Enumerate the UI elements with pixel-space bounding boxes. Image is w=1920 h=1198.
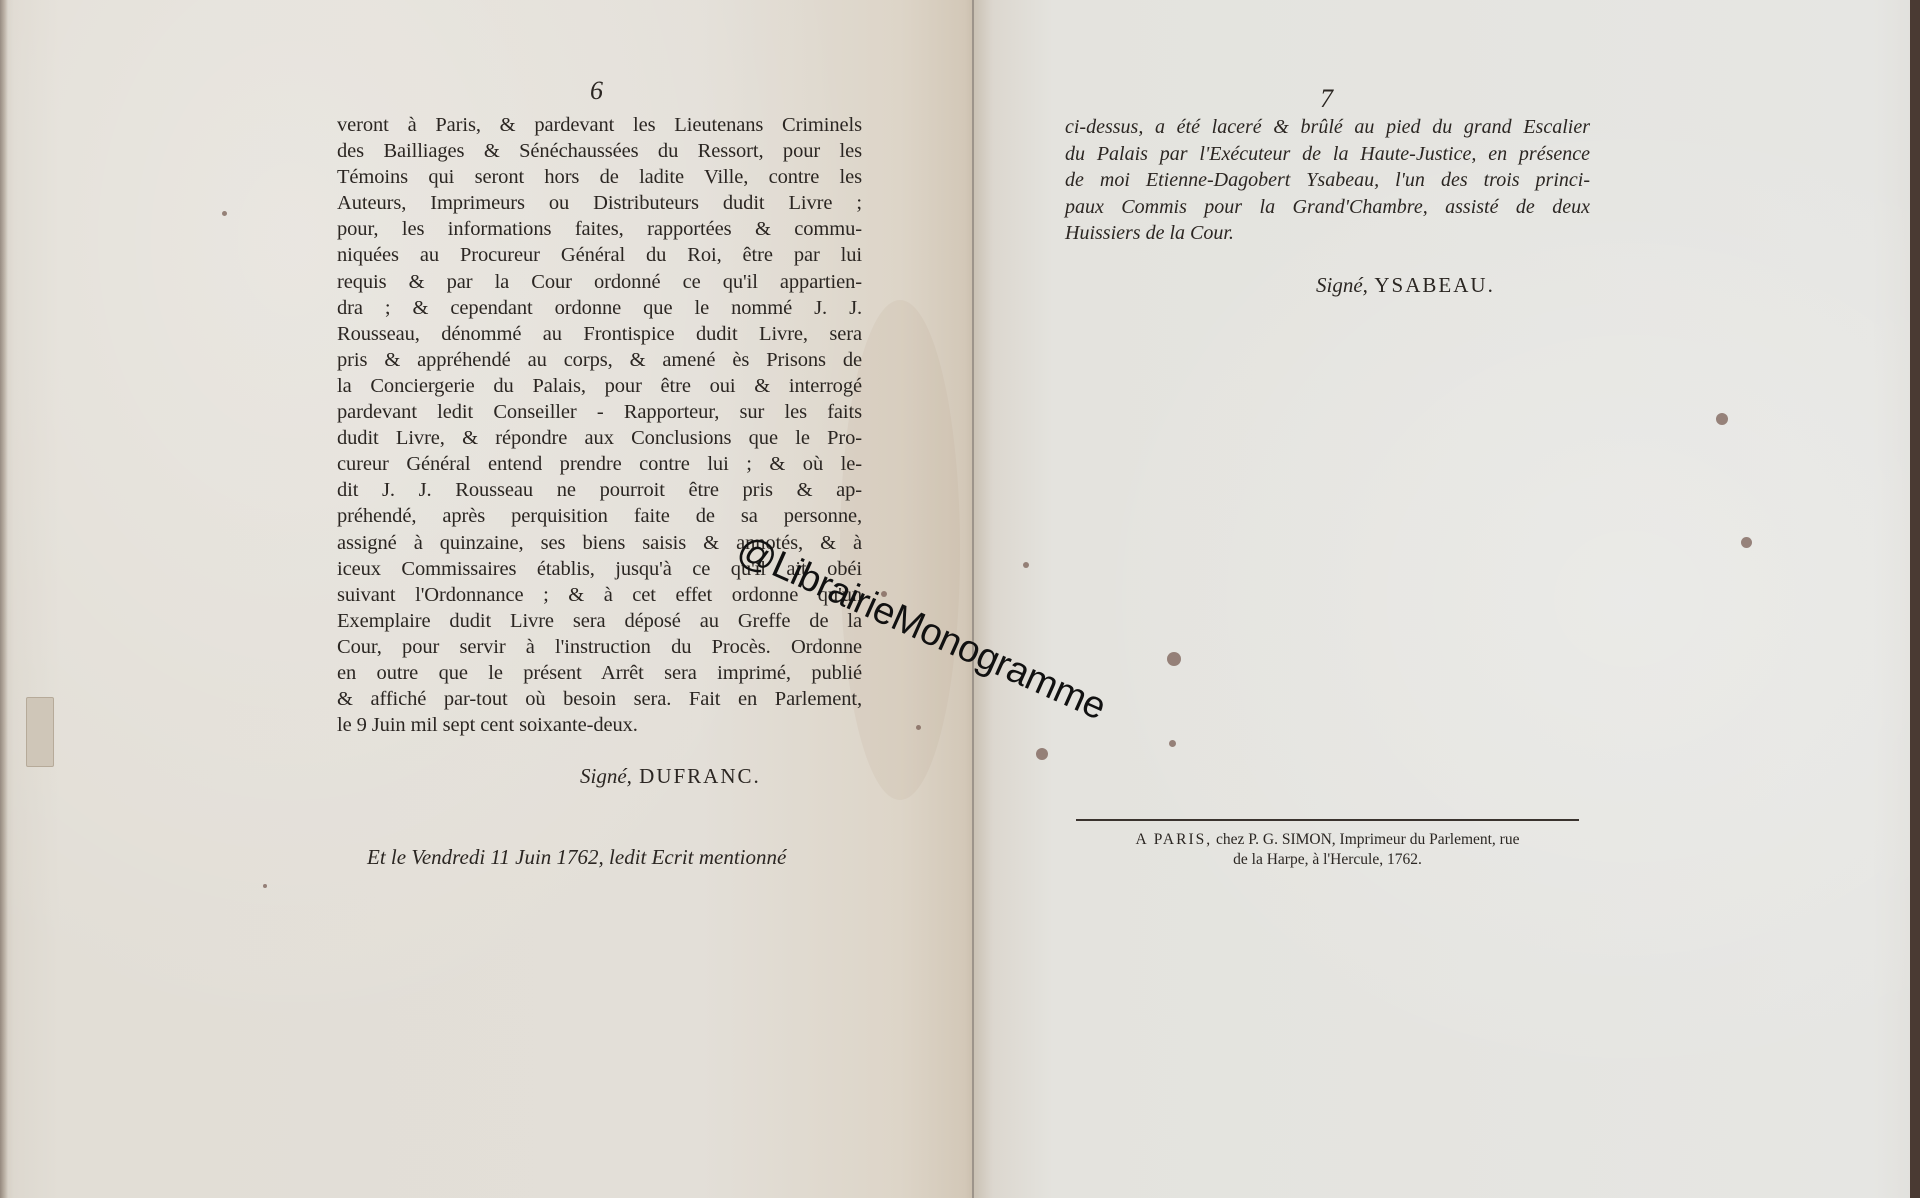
text-line: le 9 Juin mil sept cent soixante-deux. bbox=[337, 712, 862, 738]
text-line: dudit Livre, & répondre aux Conclusions … bbox=[337, 425, 862, 451]
text-line: Rousseau, dénommé au Frontispice dudit L… bbox=[337, 321, 862, 347]
signature-dufranc: Signé, DUFRANC. bbox=[580, 764, 761, 789]
signature-name: DUFRANC. bbox=[639, 764, 761, 788]
table-background bbox=[1910, 900, 1920, 1198]
text-line: Exemplaire dudit Livre sera déposé au Gr… bbox=[337, 608, 862, 634]
ink-spot bbox=[263, 884, 267, 888]
left-page-body: veront à Paris, & pardevant les Lieutena… bbox=[337, 112, 862, 738]
text-line: des Bailliages & Sénéchaussées du Ressor… bbox=[337, 138, 862, 164]
page-number-right: 7 bbox=[1320, 84, 1333, 114]
paper-scrap-tab bbox=[26, 697, 54, 767]
foxing-spot bbox=[1167, 652, 1181, 666]
imprint-line-1: A PARIS, chez P. G. SIMON, Imprimeur du … bbox=[1076, 830, 1579, 850]
text-line: requis & par la Cour ordonné ce qu'il ap… bbox=[337, 269, 862, 295]
foxing-spot bbox=[1036, 748, 1048, 760]
text-line: & affiché par-tout où besoin sera. Fait … bbox=[337, 686, 862, 712]
ink-spot bbox=[916, 725, 921, 730]
text-line: Cour, pour servir à l'instruction du Pro… bbox=[337, 634, 862, 660]
text-line: ci-dessus, a été laceré & brûlé au pied … bbox=[1065, 114, 1590, 141]
text-line: pris & appréhendé au corps, & amené ès P… bbox=[337, 347, 862, 373]
book-spine-fold bbox=[972, 0, 974, 1198]
text-line: dra ; & cependant ordonne que le nommé J… bbox=[337, 295, 862, 321]
text-line: cureur Général entend prendre contre lui… bbox=[337, 451, 862, 477]
text-line: préhendé, après perquisition faite de sa… bbox=[337, 503, 862, 529]
text-line: en outre que le présent Arrêt sera impri… bbox=[337, 660, 862, 686]
foxing-spot bbox=[1741, 537, 1752, 548]
text-line: niquées au Procureur Général du Roi, êtr… bbox=[337, 242, 862, 268]
imprint-line-2: de la Harpe, à l'Hercule, 1762. bbox=[1076, 850, 1579, 870]
printer-imprint: A PARIS, chez P. G. SIMON, Imprimeur du … bbox=[1076, 830, 1579, 870]
foxing-spot bbox=[1716, 413, 1728, 425]
text-line: pardevant ledit Conseiller - Rapporteur,… bbox=[337, 399, 862, 425]
text-line: Huissiers de la Cour. bbox=[1065, 220, 1590, 247]
text-line: la Conciergerie du Palais, pour être oui… bbox=[337, 373, 862, 399]
page-number-left: 6 bbox=[590, 76, 603, 106]
foxing-spot bbox=[1169, 740, 1176, 747]
signature-ysabeau: Signé, YSABEAU. bbox=[1316, 273, 1495, 298]
imprint-place: A PARIS, bbox=[1136, 831, 1213, 848]
imprint-rule bbox=[1076, 819, 1579, 821]
text-line: pour, les informations faites, rapportée… bbox=[337, 216, 862, 242]
signature-name: YSABEAU. bbox=[1374, 273, 1494, 297]
text-line: dit J. J. Rousseau ne pourroit être pris… bbox=[337, 477, 862, 503]
signature-prefix: Signé, bbox=[1316, 273, 1368, 297]
text-line: paux Commis pour la Grand'Chambre, assis… bbox=[1065, 194, 1590, 221]
imprint-printer: chez P. G. SIMON, Imprimeur du Parlement… bbox=[1216, 831, 1519, 848]
text-line: de moi Etienne-Dagobert Ysabeau, l'un de… bbox=[1065, 167, 1590, 194]
text-line: Auteurs, Imprimeurs ou Distributeurs dud… bbox=[337, 190, 862, 216]
ink-spot bbox=[222, 211, 227, 216]
closing-line: Et le Vendredi 11 Juin 1762, ledit Ecrit… bbox=[367, 845, 786, 870]
text-line: veront à Paris, & pardevant les Lieutena… bbox=[337, 112, 862, 138]
text-line: Témoins qui seront hors de ladite Ville,… bbox=[337, 164, 862, 190]
text-line: du Palais par l'Exécuteur de la Haute-Ju… bbox=[1065, 141, 1590, 168]
right-page-body: ci-dessus, a été laceré & brûlé au pied … bbox=[1065, 114, 1590, 247]
foxing-spot bbox=[1023, 562, 1029, 568]
signature-prefix: Signé, bbox=[580, 764, 632, 788]
